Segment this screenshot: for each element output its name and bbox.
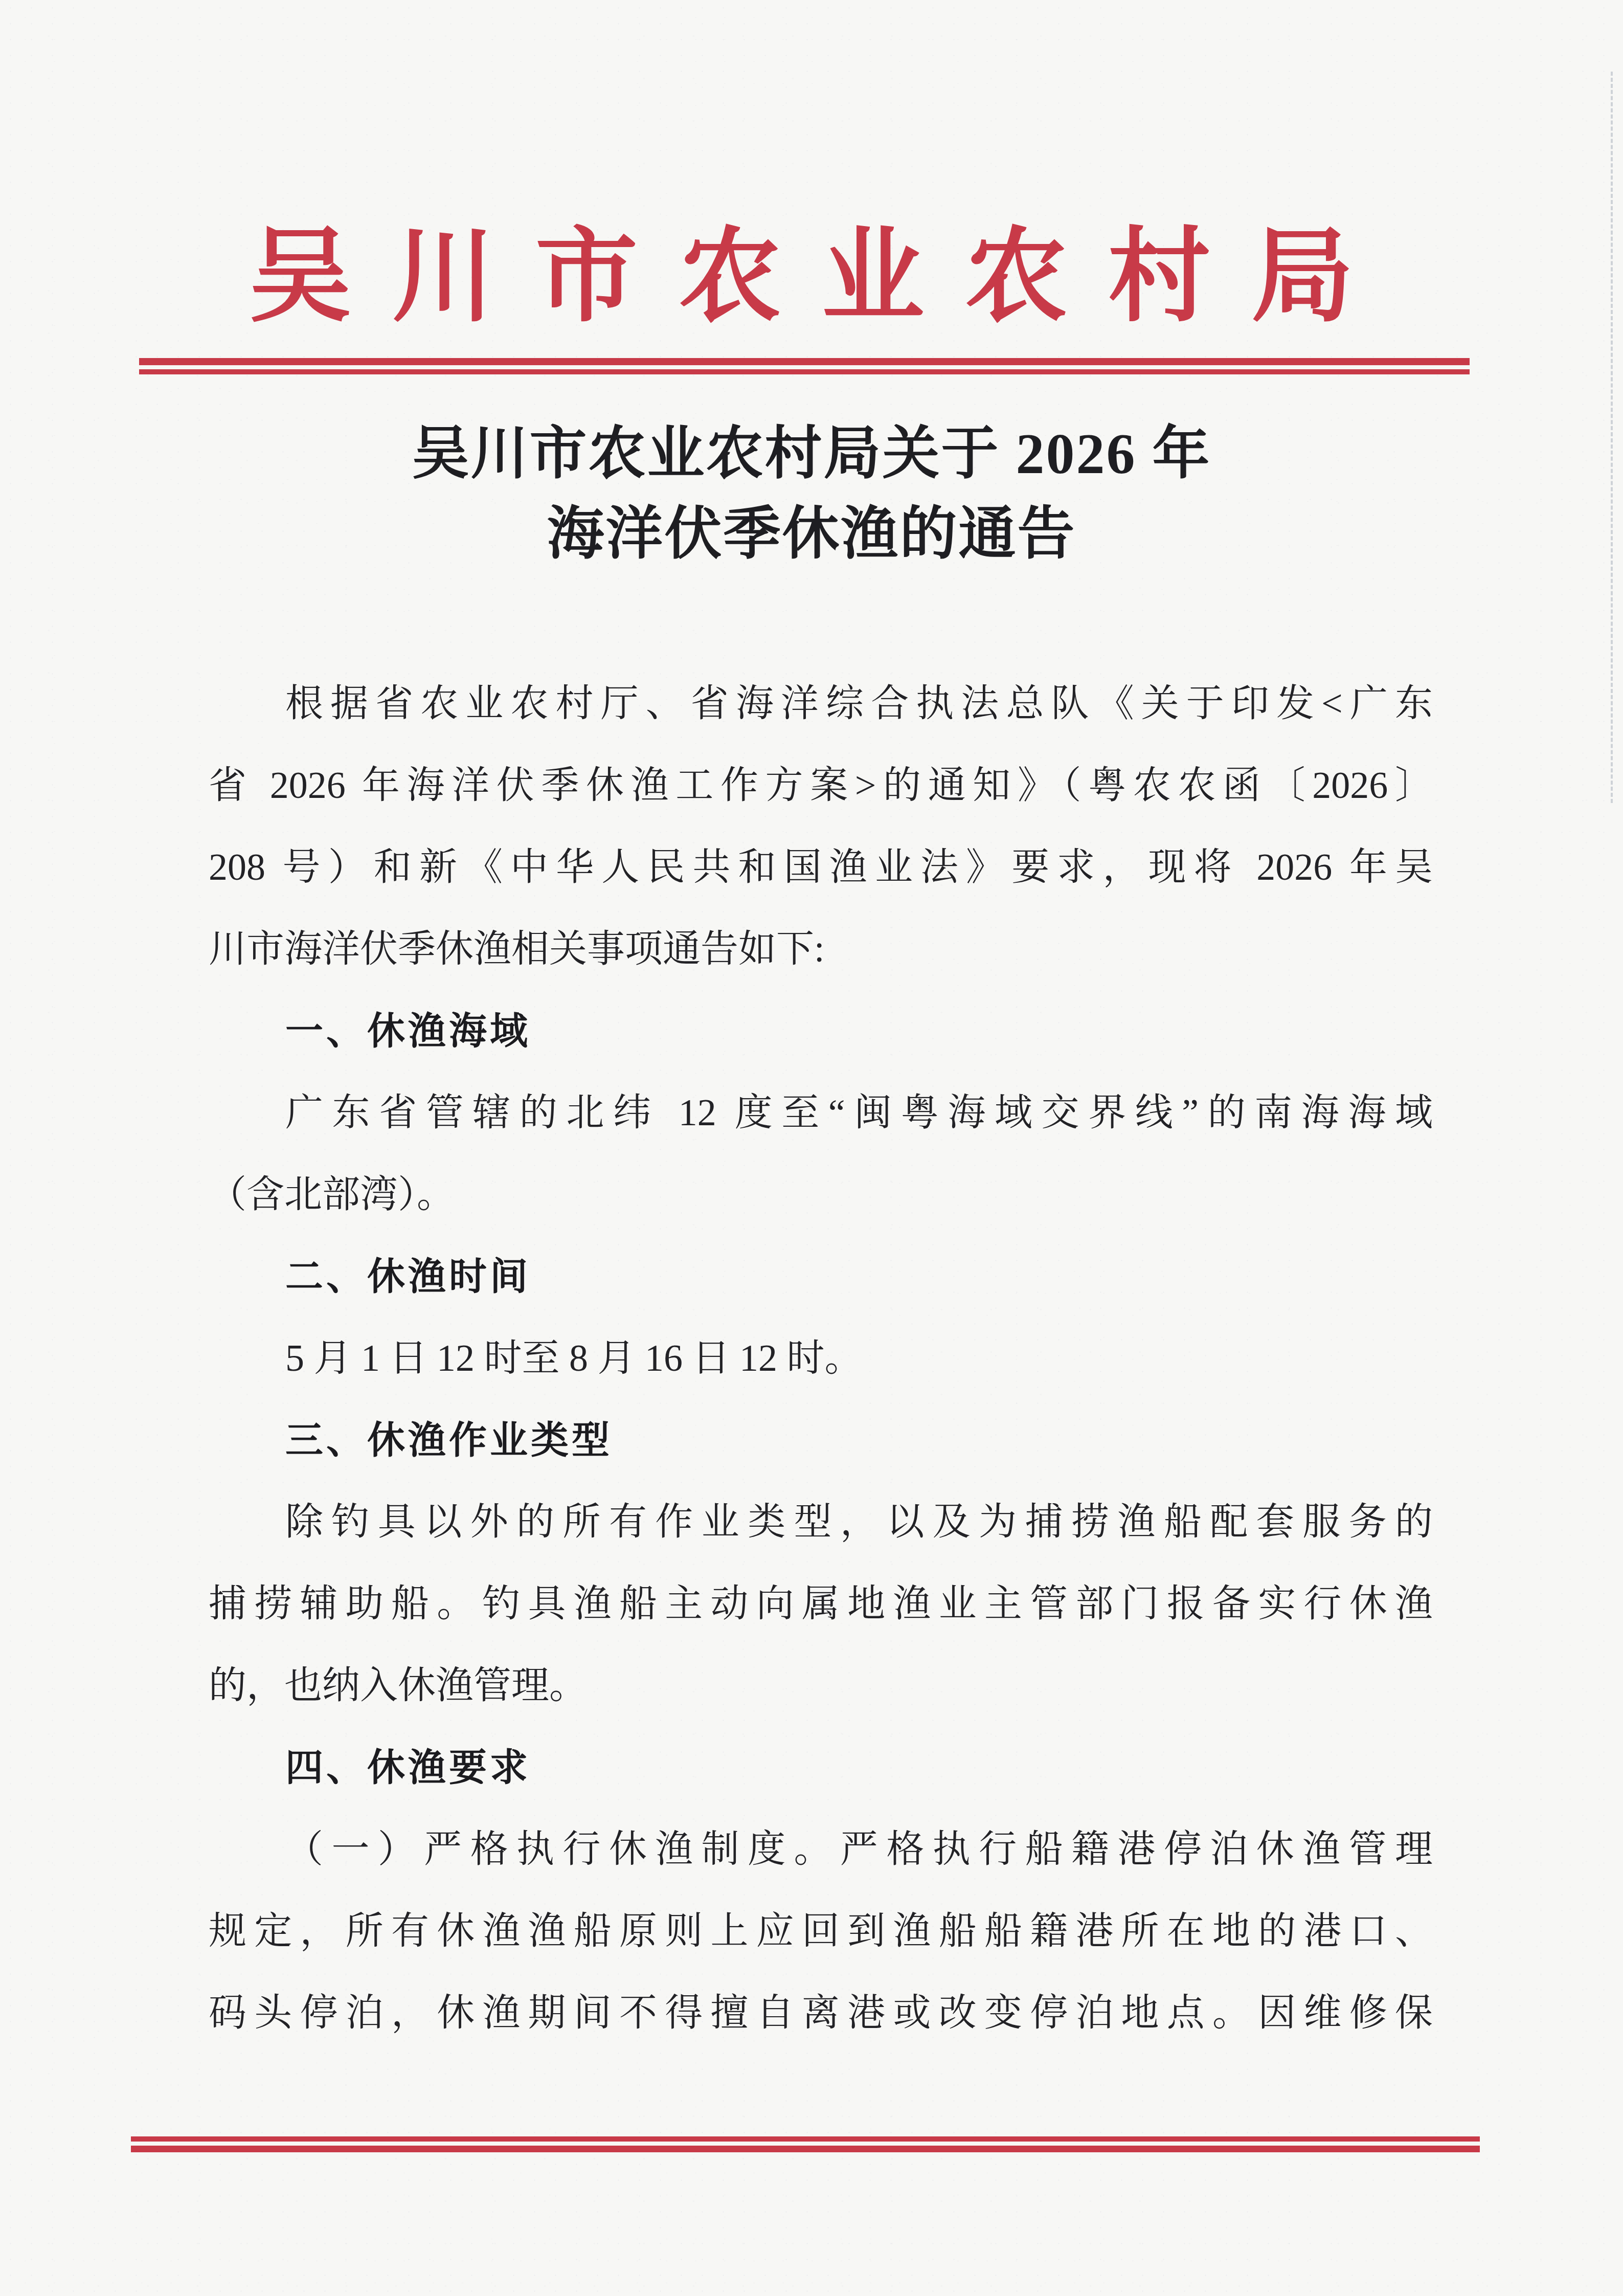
letterhead-double-rule [139,358,1470,374]
section-heading: 二、休渔时间 [209,1236,1433,1318]
scanned-notice-page: 吴川市农业农村局 吴川市农业农村局关于 2026 年 海洋伏季休渔的通告 根据省… [0,0,1623,2296]
notice-body: 根据省农业农村厅、省海洋综合执法总队《关于印发<广东 省 2026 年海洋伏季休… [209,663,1433,2054]
body-line: 码头停泊，休渔期间不得擅自离港或改变停泊地点。因维修保 [209,1972,1433,2054]
section-heading: 四、休渔要求 [209,1727,1433,1809]
notice-title-line-2: 海洋伏季休渔的通告 [0,495,1623,575]
section-heading: 一、休渔海域 [209,990,1433,1072]
body-line: （含北部湾）。 [209,1154,1433,1236]
body-line: 除钓具以外的所有作业类型，以及为捕捞渔船配套服务的 [209,1481,1433,1563]
agency-letterhead: 吴川市农业农村局 [0,224,1623,331]
section-heading: 三、休渔作业类型 [209,1399,1433,1481]
notice-title-line-1: 吴川市农业农村局关于 2026 年 [0,414,1623,495]
body-line: 捕捞辅助船。钓具渔船主动向属地渔业主管部门报备实行休渔 [209,1563,1433,1645]
body-line: 5 月 1 日 12 时至 8 月 16 日 12 时。 [209,1318,1433,1399]
footer-double-rule [131,2136,1480,2152]
notice-title: 吴川市农业农村局关于 2026 年 海洋伏季休渔的通告 [0,414,1623,575]
body-line: 规定，所有休渔渔船原则上应回到渔船船籍港所在地的港口、 [209,1890,1433,1972]
body-line: 广东省管辖的北纬 12 度至“闽粤海域交界线”的南海海域 [209,1072,1433,1154]
body-line: 的，也纳入休渔管理。 [209,1645,1433,1727]
body-line: 省 2026 年海洋伏季休渔工作方案>的通知》（粤农农函〔2026〕 [209,745,1433,827]
body-line: 川市海洋伏季休渔相关事项通告如下: [209,908,1433,990]
body-line: 根据省农业农村厅、省海洋综合执法总队《关于印发<广东 [209,663,1433,745]
body-line: 208 号）和新《中华人民共和国渔业法》要求，现将 2026 年吴 [209,827,1433,908]
body-line: （一）严格执行休渔制度。严格执行船籍港停泊休渔管理 [209,1809,1433,1890]
